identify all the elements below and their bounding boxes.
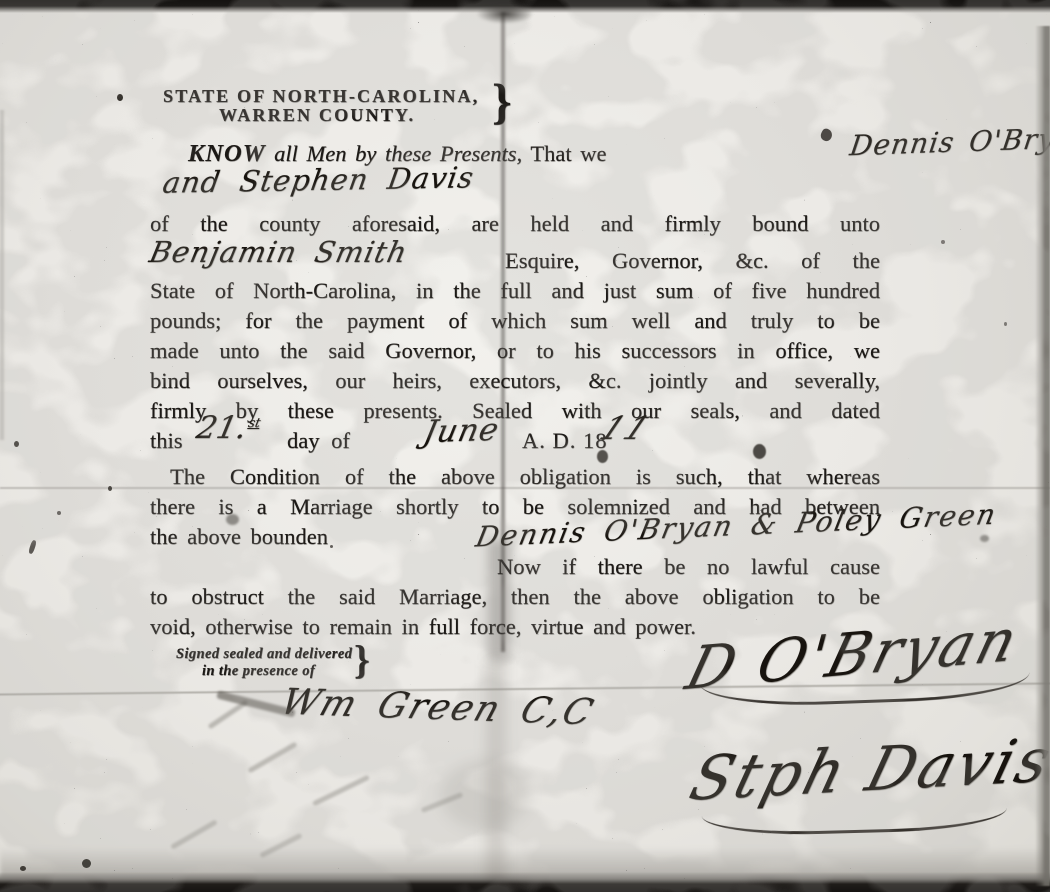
condition-line-5: to obstruct the said Marriage, then the … bbox=[150, 583, 880, 610]
header-county-line: WARREN COUNTY. bbox=[219, 105, 415, 127]
printed-line-sum-3: made unto the said Governor, or to his s… bbox=[150, 337, 880, 364]
ink-speck bbox=[117, 94, 123, 101]
ink-smudge bbox=[226, 514, 239, 525]
day-suffix: st bbox=[247, 416, 262, 431]
know-word: KNOW bbox=[188, 140, 266, 167]
ink-speck bbox=[57, 511, 61, 515]
scan-edge-bottom bbox=[0, 872, 1050, 892]
printed-line-sum-1: State of North-Carolina, in the full and… bbox=[150, 277, 880, 304]
document-content: STATE OF NORTH-CAROLINA, WARREN COUNTY. … bbox=[0, 0, 1050, 892]
printed-line-esquire: Esquire, Governor, &c. of the bbox=[505, 247, 880, 274]
handwritten-month: June bbox=[421, 415, 502, 449]
attestation-brace: } bbox=[354, 640, 370, 680]
signature-bondsman-2: Stph Davis bbox=[684, 730, 1050, 810]
condition-line-4: Now if there be no lawful cause bbox=[497, 553, 880, 580]
attestation-line-2: in the presence of bbox=[202, 663, 315, 680]
date-this-word: this bbox=[150, 427, 183, 454]
ink-blot bbox=[753, 444, 766, 459]
ink-speck bbox=[1004, 322, 1007, 326]
signature-flourish-2 bbox=[702, 808, 1007, 837]
scan-edge-top-tear bbox=[476, 4, 534, 24]
scan-edge-right bbox=[1035, 26, 1050, 886]
day-number: 21. bbox=[193, 410, 250, 446]
ink-smudge bbox=[980, 535, 989, 542]
printed-line-sum-4: bind ourselves, our heirs, executors, &c… bbox=[150, 367, 880, 394]
header-brace: } bbox=[492, 76, 512, 126]
attestation-line-1: Signed sealed and delivered bbox=[176, 646, 352, 663]
ink-speck bbox=[14, 441, 19, 447]
condition-line-6: void, otherwise to remain in full force,… bbox=[150, 613, 696, 640]
ink-blot bbox=[597, 450, 608, 463]
condition-line-3: the above bounden bbox=[150, 523, 328, 550]
date-day-of: day of bbox=[287, 427, 350, 454]
condition-line-1: The Condition of the above obligation is… bbox=[150, 463, 880, 490]
date-ad-prefix: A. D. 18 bbox=[522, 427, 608, 454]
handwritten-day: 21.st bbox=[194, 413, 263, 444]
ink-speck bbox=[330, 545, 333, 548]
handwritten-principal-1: Dennis O'Bryan bbox=[848, 124, 1050, 161]
ink-speck bbox=[941, 240, 945, 244]
ink-speck bbox=[20, 866, 26, 871]
ink-speck bbox=[82, 859, 91, 868]
handwritten-principal-2: and Stephen Davis bbox=[161, 163, 476, 198]
handwritten-obligee: Benjamin Smith bbox=[147, 238, 410, 267]
document-page: STATE OF NORTH-CAROLINA, WARREN COUNTY. … bbox=[0, 0, 1050, 892]
ink-speck bbox=[108, 486, 112, 491]
printed-line-sum-2: pounds; for the payment of which sum wel… bbox=[150, 307, 880, 334]
printed-line-county: of the county aforesaid, are held and fi… bbox=[150, 210, 880, 237]
witness-signature: Wm Green C,C bbox=[276, 685, 598, 731]
that-we: That we bbox=[522, 141, 606, 166]
